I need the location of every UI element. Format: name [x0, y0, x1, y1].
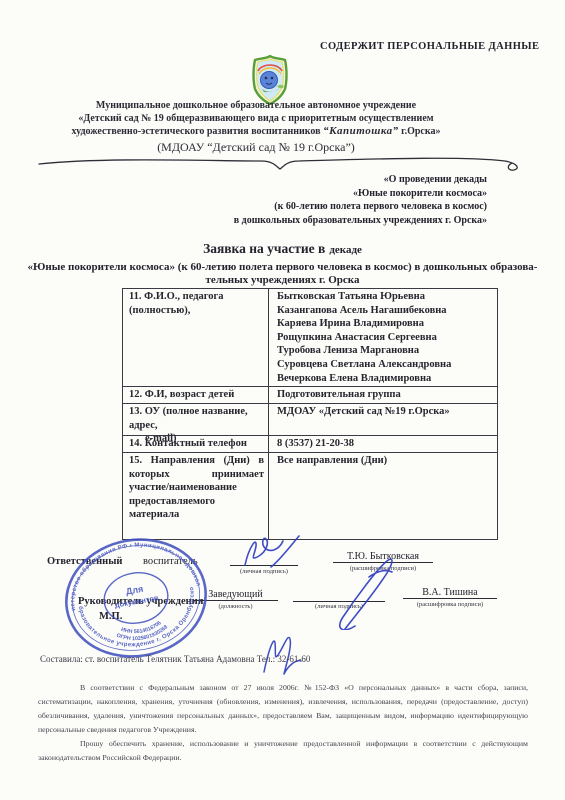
legal-paragraph-2: Прошу обеспечить хранение, использование… — [38, 737, 528, 765]
decryption-caption: (расшифровка подписи) — [403, 601, 497, 608]
teacher-name: Туробова Лениза Маргановна — [277, 344, 493, 358]
application-title-line2: «Юные покорители космоса» (к 60-летию по… — [22, 261, 543, 274]
legal-notice: В соответствии с Федеральным законом от … — [38, 681, 528, 765]
teacher-name: Суровцева Светлана Александровна — [277, 358, 493, 372]
subject-line3: (к 60-летию полета первого человека в ко… — [234, 200, 487, 214]
divider-swirl — [33, 151, 533, 175]
application-table: 11. Ф.И.О., педагога (полностью), Бытков… — [122, 288, 498, 540]
letterhead-line3: художественно-эстетического развития вос… — [0, 125, 512, 138]
scanned-application-document: СОДЕРЖИТ ПЕРСОНАЛЬНЫЕ ДАННЫЕ Муниципальн… — [0, 0, 565, 800]
row12-value: Подготовительная группа — [269, 387, 497, 403]
subject-line1: «О проведении декады — [234, 173, 487, 187]
row12-label: 12. Ф.И, возраст детей — [123, 387, 269, 403]
stamp-center-line2: документов — [114, 593, 159, 610]
stamp-center-line1: Для — [125, 584, 144, 597]
row11-value-teacher-list: Бытковская Татьяна Юрьевна Казангапова А… — [269, 289, 497, 386]
teacher-name: Каряева Ирина Владимировна — [277, 317, 493, 331]
letterhead-line2: «Детский сад № 19 общеразвивающего вида … — [0, 112, 512, 125]
table-row: 14. Контактный телефон 8 (3537) 21-20-38 — [123, 436, 497, 453]
handwritten-signature-responsible — [240, 534, 304, 570]
subject-line2: «Юные покорители космоса» — [234, 187, 487, 201]
handwritten-signature-head — [325, 556, 405, 630]
personal-data-banner: СОДЕРЖИТ ПЕРСОНАЛЬНЫЕ ДАННЫЕ — [320, 41, 539, 52]
kindergarten-name-script: “Капитошка” — [323, 125, 399, 137]
subject-line4: в дошкольных образовательных учреждениях… — [234, 214, 487, 228]
letterhead-line1: Муниципальное дошкольное образовательное… — [0, 99, 512, 112]
row14-label: 14. Контактный телефон — [123, 436, 269, 452]
subject-block: «О проведении декады «Юные покорители ко… — [234, 173, 487, 227]
application-title: Заявка на участие в декаде «Юные покорит… — [0, 240, 565, 288]
compiled-by-line: Составила: ст. воспитатель Телятник Тать… — [40, 654, 310, 664]
table-row: 12. Ф.И, возраст детей Подготовительная … — [123, 387, 497, 404]
teacher-name: Казангапова Асель Нагашибековна — [277, 304, 493, 318]
application-title-line3: тельных учреждениях г. Орска — [0, 274, 565, 287]
table-row: 11. Ф.И.О., педагога (полностью), Бытков… — [123, 289, 497, 387]
row11-label: 11. Ф.И.О., педагога (полностью), — [123, 289, 269, 386]
letterhead: Муниципальное дошкольное образовательное… — [0, 99, 512, 154]
row13-value: МДОАУ «Детский сад №19 г.Орска» — [269, 404, 497, 435]
row14-value: 8 (3537) 21-20-38 — [269, 436, 497, 452]
application-title-line1: Заявка на участие в декаде — [0, 240, 565, 258]
head-name: В.А. Тишина — [403, 587, 497, 599]
row15-value: Все направления (Дни) — [269, 453, 497, 539]
table-row: 13. ОУ (полное название, адрес, e-mail) … — [123, 404, 497, 436]
official-stamp: Министерство образования РФ • Муниципаль… — [48, 520, 224, 675]
teacher-name: Рощупкина Анастасия Сергеевна — [277, 331, 493, 345]
legal-paragraph-1: В соответствии с Федеральным законом от … — [38, 681, 528, 737]
kindergarten-emblem-icon — [252, 55, 288, 105]
teacher-name: Бытковская Татьяна Юрьевна — [277, 290, 493, 304]
teacher-name: Вечеркова Елена Владимировна — [277, 372, 493, 386]
row13-label: 13. ОУ (полное название, адрес, e-mail) — [123, 404, 269, 435]
